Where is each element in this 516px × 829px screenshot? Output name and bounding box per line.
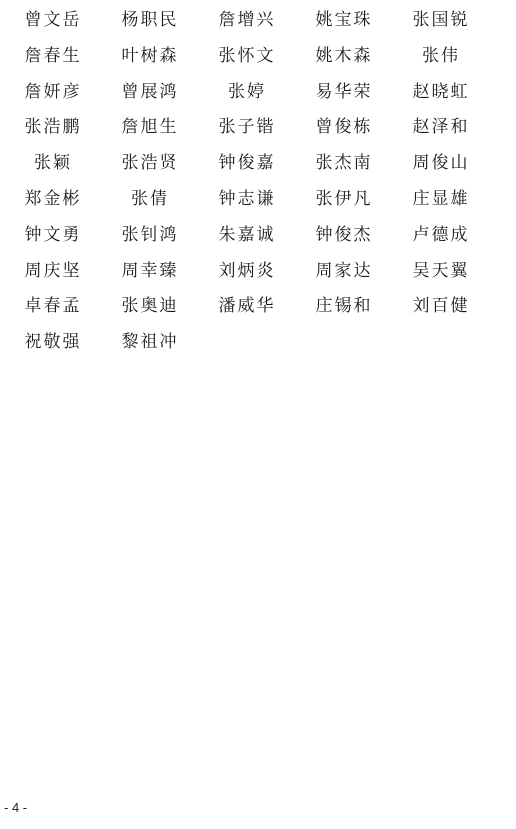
- name-entry: 杨职民: [114, 6, 186, 42]
- name-entry: 姚宝珠: [308, 6, 380, 42]
- name-entry: 吴天翼: [405, 257, 477, 293]
- name-entry: 张国锐: [405, 6, 477, 42]
- name-entry: 潘威华: [211, 292, 283, 328]
- name-entry: 詹增兴: [211, 6, 283, 42]
- name-entry: 张浩鹏: [17, 113, 89, 149]
- name-entry: 张怀文: [211, 42, 283, 78]
- name-entry: 叶树森: [114, 42, 186, 78]
- name-entry: 张婷: [211, 78, 283, 114]
- name-entry: 张钊鸿: [114, 221, 186, 257]
- name-entry: 朱嘉诚: [211, 221, 283, 257]
- name-entry: 黎祖冲: [114, 328, 186, 364]
- name-entry: 钟志谦: [211, 185, 283, 221]
- name-entry: 张倩: [114, 185, 186, 221]
- name-entry: 曾展鸿: [114, 78, 186, 114]
- name-entry: 张伊凡: [308, 185, 380, 221]
- name-entry: 张子锴: [211, 113, 283, 149]
- name-entry: 曾俊栋: [308, 113, 380, 149]
- name-entry: 张伟: [405, 42, 477, 78]
- name-entry: 庄显雄: [405, 185, 477, 221]
- name-entry: 刘百健: [405, 292, 477, 328]
- name-entry: 周幸臻: [114, 257, 186, 293]
- names-list: 曾文岳杨职民詹增兴姚宝珠张国锐詹春生叶树森张怀文姚木森张伟詹妍彦曾展鸿张婷易华荣…: [17, 6, 502, 364]
- name-entry: 钟俊嘉: [211, 149, 283, 185]
- name-entry: 郑金彬: [17, 185, 89, 221]
- name-entry: 钟文勇: [17, 221, 89, 257]
- name-entry: 钟俊杰: [308, 221, 380, 257]
- name-entry: 赵泽和: [405, 113, 477, 149]
- name-entry: 祝敬强: [17, 328, 89, 364]
- name-entry: 詹旭生: [114, 113, 186, 149]
- name-entry: 曾文岳: [17, 6, 89, 42]
- name-entry: 张奥迪: [114, 292, 186, 328]
- name-entry: 姚木森: [308, 42, 380, 78]
- name-entry: 詹春生: [17, 42, 89, 78]
- name-entry: 张杰南: [308, 149, 380, 185]
- name-entry: 卢德成: [405, 221, 477, 257]
- name-entry: 赵晓虹: [405, 78, 477, 114]
- name-entry: 张颖: [17, 149, 89, 185]
- name-entry: 张浩贤: [114, 149, 186, 185]
- name-entry: 周庆坚: [17, 257, 89, 293]
- document-page: 曾文岳杨职民詹增兴姚宝珠张国锐詹春生叶树森张怀文姚木森张伟詹妍彦曾展鸿张婷易华荣…: [0, 0, 516, 829]
- name-entry: 庄锡和: [308, 292, 380, 328]
- name-entry: 卓春孟: [17, 292, 89, 328]
- page-number: - 4 -: [4, 800, 27, 815]
- name-entry: 刘炳炎: [211, 257, 283, 293]
- name-entry: 周俊山: [405, 149, 477, 185]
- name-entry: 易华荣: [308, 78, 380, 114]
- name-entry: 周家达: [308, 257, 380, 293]
- name-entry: 詹妍彦: [17, 78, 89, 114]
